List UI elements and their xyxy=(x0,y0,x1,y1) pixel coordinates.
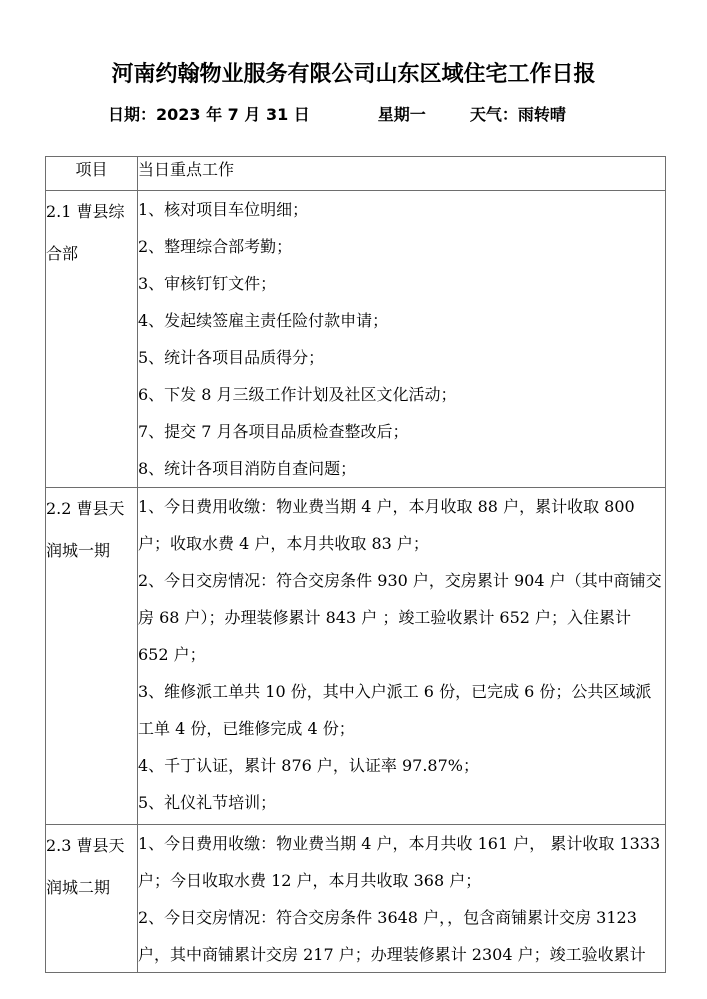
table-row: 2.2 曹县天润城一期 1、今日费用收缴：物业费当期 4 户，本月收取 88 户… xyxy=(46,488,666,825)
header-project: 项目 xyxy=(46,157,138,191)
project-label-tianrun-city-phase1: 2.2 曹县天润城一期 xyxy=(46,488,138,825)
work-item: 3、审核钉钉文件； xyxy=(138,265,665,302)
work-item: 2、今日交房情况：符合交房条件 3648 户，，包含商铺累计交房 3123 户，… xyxy=(138,899,665,966)
work-item: 2、整理综合部考勤； xyxy=(138,228,665,265)
work-item: 8、统计各项目消防自查问题； xyxy=(138,450,665,487)
project-label-tianrun-city-phase2: 2.3 曹县天润城二期 xyxy=(46,825,138,973)
work-item: 1、今日费用收缴：物业费当期 4 户，本月共收 161 户， 累计收取 1333… xyxy=(138,825,665,899)
project-label-comprehensive-dept: 2.1 曹县综合部 xyxy=(46,191,138,488)
work-item: 3、维修派工单共 10 份，其中入户派工 6 份，已完成 6 份；公共区域派工单… xyxy=(138,673,665,747)
table-row: 2.3 曹县天润城二期 1、今日费用收缴：物业费当期 4 户，本月共收 161 … xyxy=(46,825,666,973)
work-item: 5、统计各项目品质得分； xyxy=(138,339,665,376)
work-item: 6、下发 8 月三级工作计划及社区文化活动； xyxy=(138,376,665,413)
header-work: 当日重点工作 xyxy=(138,157,666,191)
weather-label: 天气：雨转晴 xyxy=(470,104,566,126)
work-item: 4、千丁认证，累计 876 户，认证率 97.87%； xyxy=(138,747,665,784)
table-row: 2.1 曹县综合部 1、核对项目车位明细； 2、整理综合部考勤； 3、审核钉钉文… xyxy=(46,191,666,488)
daily-report-table: 项目 当日重点工作 2.1 曹县综合部 1、核对项目车位明细； 2、整理综合部考… xyxy=(45,156,666,973)
work-item: 5、礼仪礼节培训； xyxy=(138,784,665,821)
work-item: 4、发起续签雇主责任险付款申请； xyxy=(138,302,665,339)
work-item: 1、今日费用收缴：物业费当期 4 户，本月收取 88 户，累计收取 800 户；… xyxy=(138,488,665,562)
work-items-cell: 1、核对项目车位明细； 2、整理综合部考勤； 3、审核钉钉文件； 4、发起续签雇… xyxy=(138,191,666,488)
work-item: 1、核对项目车位明细； xyxy=(138,191,665,228)
date-line: 日期：2023 年 7 月 31 日 星期一 天气：雨转晴 xyxy=(108,104,707,126)
date-label: 日期：2023 年 7 月 31 日 xyxy=(108,104,310,126)
page-title: 河南约翰物业服务有限公司山东区域住宅工作日报 xyxy=(0,62,707,88)
work-items-cell: 1、今日费用收缴：物业费当期 4 户，本月收取 88 户，累计收取 800 户；… xyxy=(138,488,666,825)
work-item: 2、今日交房情况：符合交房条件 930 户，交房累计 904 户（其中商铺交房 … xyxy=(138,562,665,673)
weekday-label: 星期一 xyxy=(378,104,426,126)
work-item: 7、提交 7 月各项目品质检查整改后； xyxy=(138,413,665,450)
table-header-row: 项目 当日重点工作 xyxy=(46,157,666,191)
work-items-cell: 1、今日费用收缴：物业费当期 4 户，本月共收 161 户， 累计收取 1333… xyxy=(138,825,666,973)
